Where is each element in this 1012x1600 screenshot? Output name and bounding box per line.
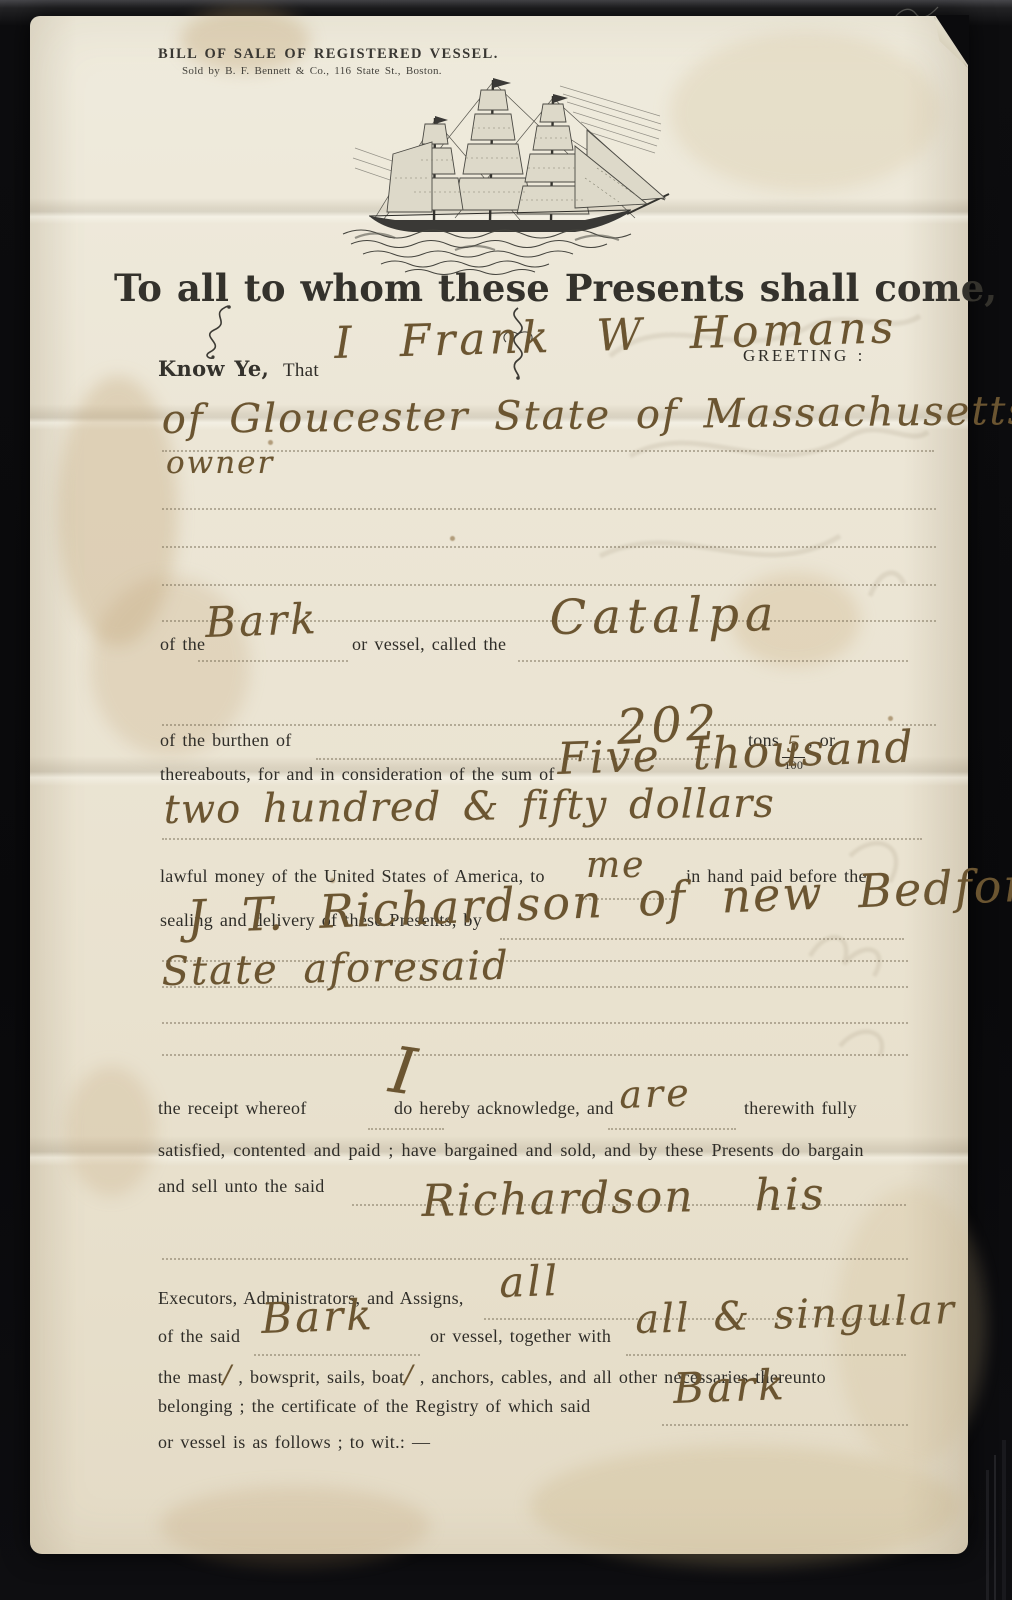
ruled-line [626, 1354, 906, 1356]
handwritten-vessel-type-3: Bark [673, 1364, 788, 1410]
ruled-line [162, 1054, 908, 1056]
printed-mast-1: the mast [158, 1367, 223, 1387]
handwritten-vessel-name: Catalpa [549, 590, 780, 642]
printed-thereabouts: thereabouts, for and in consideration of… [160, 764, 555, 785]
ship-engraving-icon [335, 68, 675, 280]
handwritten-sum-2: two hundred & fifty dollars [164, 784, 775, 830]
printed-receipt-2: do hereby acknowledge, and [394, 1098, 614, 1119]
printed-to-wit: or vessel is as follows ; to wit.: — [158, 1432, 430, 1453]
ruled-line [162, 986, 908, 988]
scanner-streak [1002, 1440, 1006, 1600]
printed-sell-unto: and sell unto the said [158, 1176, 325, 1197]
stain-speck [450, 536, 455, 541]
document-paper: BILL OF SALE OF REGISTERED VESSEL. Sold … [30, 16, 968, 1554]
handwritten-all-singular: all & singular [635, 1290, 957, 1340]
printed-mast-2: , bowsprit, sails, boat [232, 1367, 405, 1387]
stain [670, 32, 940, 192]
ruled-line [162, 450, 934, 452]
fleuron-left-icon [198, 304, 242, 360]
publisher-title: BILL OF SALE OF REGISTERED VESSEL. [158, 46, 499, 63]
handwritten-sold-to: Richardson his [421, 1173, 826, 1224]
ruled-line [518, 660, 908, 662]
handwritten-assigns-all: all [499, 1260, 561, 1304]
handwritten-vessel-type: Bark [205, 598, 320, 644]
stain [66, 1066, 156, 1196]
ruled-line [198, 660, 348, 662]
ruled-line [162, 838, 922, 840]
handwritten-receipt-pronoun: I [386, 1039, 420, 1106]
ruled-line [254, 1354, 420, 1356]
printed-belonging: belonging ; the certificate of the Regis… [158, 1396, 590, 1417]
know-ye-label: Know Ye, [158, 356, 269, 381]
printed-or-vessel-called: or vessel, called the [352, 634, 506, 655]
scanner-streak [986, 1470, 989, 1600]
stain [530, 1446, 960, 1566]
ruled-line [608, 1128, 736, 1130]
that-label: That [283, 360, 319, 381]
ruled-line [662, 1424, 908, 1426]
printed-burthen-label: of the burthen of [160, 730, 292, 751]
handwritten-boat-mark: / [404, 1360, 413, 1389]
ruled-line [162, 546, 936, 548]
scanner-streak [994, 1455, 996, 1600]
stain [160, 1486, 430, 1566]
stain [58, 376, 178, 646]
printed-of-the-said: of the said [158, 1326, 240, 1347]
printed-of-the: of the [160, 634, 205, 655]
handwritten-sum-1: Five thousand [556, 726, 915, 782]
ruled-line [162, 508, 936, 510]
handwritten-receipt-are: are [619, 1073, 693, 1114]
scan-background: BILL OF SALE OF REGISTERED VESSEL. Sold … [0, 0, 1012, 1600]
ruled-line [162, 584, 936, 586]
ruled-line [500, 938, 904, 940]
printed-receipt-3: therewith fully [744, 1098, 857, 1119]
ruled-line [368, 1128, 444, 1130]
handwritten-seller-role: owner [166, 448, 274, 479]
handwritten-mast-mark: / [223, 1360, 232, 1389]
printed-satisfied: satisfied, contented and paid ; have bar… [158, 1140, 864, 1161]
printed-together-with: or vessel, together with [430, 1326, 611, 1347]
printed-receipt-1: the receipt whereof [158, 1098, 307, 1119]
handwritten-vessel-type-2: Bark [261, 1294, 376, 1340]
handwritten-seller-place: of Gloucester State of Massachusetts, [162, 391, 1012, 440]
ruled-line [162, 1022, 908, 1024]
stain-speck [888, 716, 893, 721]
know-ye-line: Know Ye, That [158, 356, 319, 382]
